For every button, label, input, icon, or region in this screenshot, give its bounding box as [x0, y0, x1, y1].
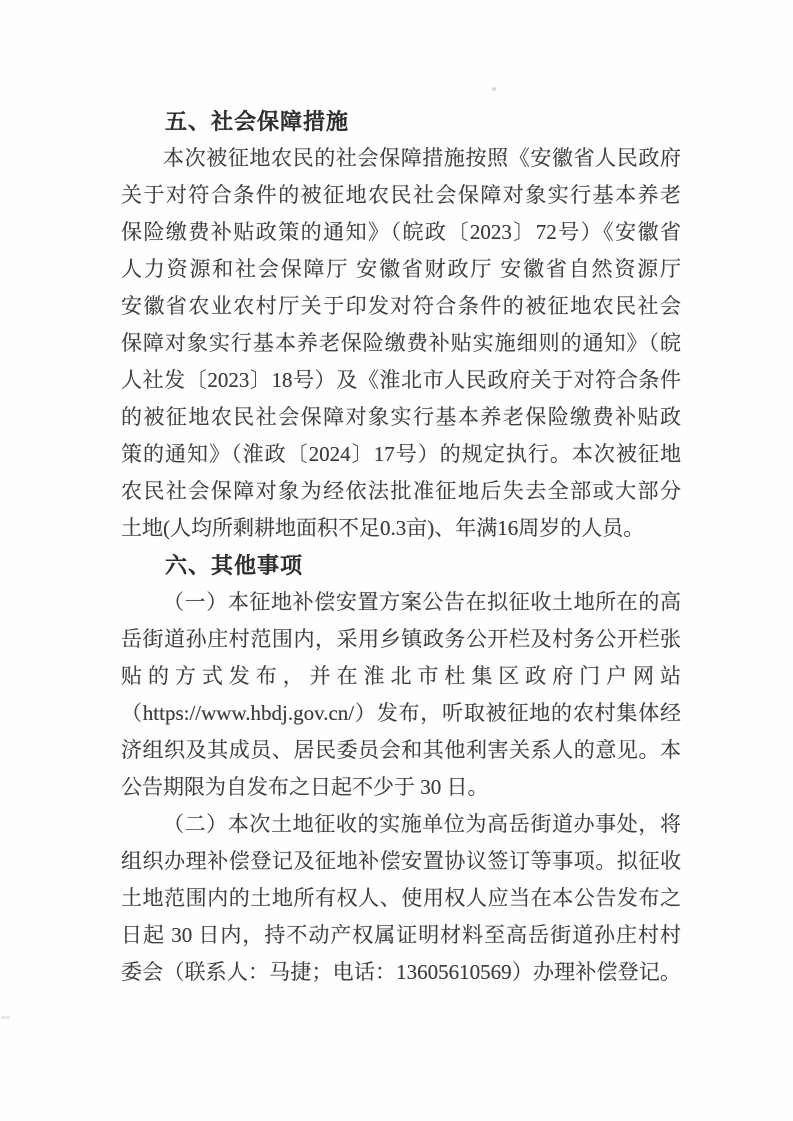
- text-line: 公告期限为自发布之日起不少于 30 日。: [121, 769, 681, 806]
- text-line: 岳街道孙庄村范围内，采用乡镇政务公开栏及村务公开栏张: [121, 621, 681, 658]
- text-line: 的被征地农民社会保障对象实行基本养老保险缴费补贴政: [121, 399, 681, 436]
- text-line: 保障对象实行基本养老保险缴费补贴实施细则的通知》（皖: [121, 325, 681, 362]
- section-heading: 六、其他事项: [121, 547, 681, 584]
- text-line: （https://www.hbdj.gov.cn/）发布，听取被征地的农村集体经: [121, 695, 681, 732]
- text-line: 委会（联系人：马捷；电话：13605610569）办理补偿登记。: [121, 954, 681, 991]
- text-line: （一）本征地补偿安置方案公告在拟征收土地所在的高: [121, 584, 681, 621]
- text-line: 安徽省农业农村厅关于印发对符合条件的被征地农民社会: [121, 288, 681, 325]
- text-line: 人社发〔2023〕18号）及《淮北市人民政府关于对符合条件: [121, 362, 681, 399]
- text-line: 贴的方式发布，并在淮北市杜集区政府门户网站: [121, 658, 681, 695]
- section-heading: 五、社会保障措施: [121, 103, 681, 140]
- document-text: 五、社会保障措施本次被征地农民的社会保障措施按照《安徽省人民政府关于对符合条件的…: [121, 103, 681, 991]
- text-line: 日起 30 日内，持不动产权属证明材料至高岳街道孙庄村村: [121, 917, 681, 954]
- scan-artifact: [492, 87, 496, 91]
- text-line: 本次被征地农民的社会保障措施按照《安徽省人民政府: [121, 140, 681, 177]
- text-line: 农民社会保障对象为经依法批准征地后失去全部或大部分: [121, 473, 681, 510]
- scan-artifact: [1, 1016, 10, 1019]
- text-line: 土地(人均所剩耕地面积不足0.3亩)、年满16周岁的人员。: [121, 510, 681, 547]
- text-line: 组织办理补偿登记及征地补偿安置协议签订等事项。拟征收: [121, 843, 681, 880]
- scanned-page: 五、社会保障措施本次被征地农民的社会保障措施按照《安徽省人民政府关于对符合条件的…: [0, 0, 793, 1121]
- text-line: 保险缴费补贴政策的通知》（皖政〔2023〕72号）《安徽省: [121, 214, 681, 251]
- text-line: 策的通知》（淮政〔2024〕17号）的规定执行。本次被征地: [121, 436, 681, 473]
- text-line: 济组织及其成员、居民委员会和其他利害关系人的意见。本: [121, 732, 681, 769]
- text-line: 土地范围内的土地所有权人、使用权人应当在本公告发布之: [121, 880, 681, 917]
- text-line: （二）本次土地征收的实施单位为高岳街道办事处，将: [121, 806, 681, 843]
- text-line: 关于对符合条件的被征地农民社会保障对象实行基本养老: [121, 177, 681, 214]
- text-line: 人力资源和社会保障厅 安徽省财政厅 安徽省自然资源厅: [121, 251, 681, 288]
